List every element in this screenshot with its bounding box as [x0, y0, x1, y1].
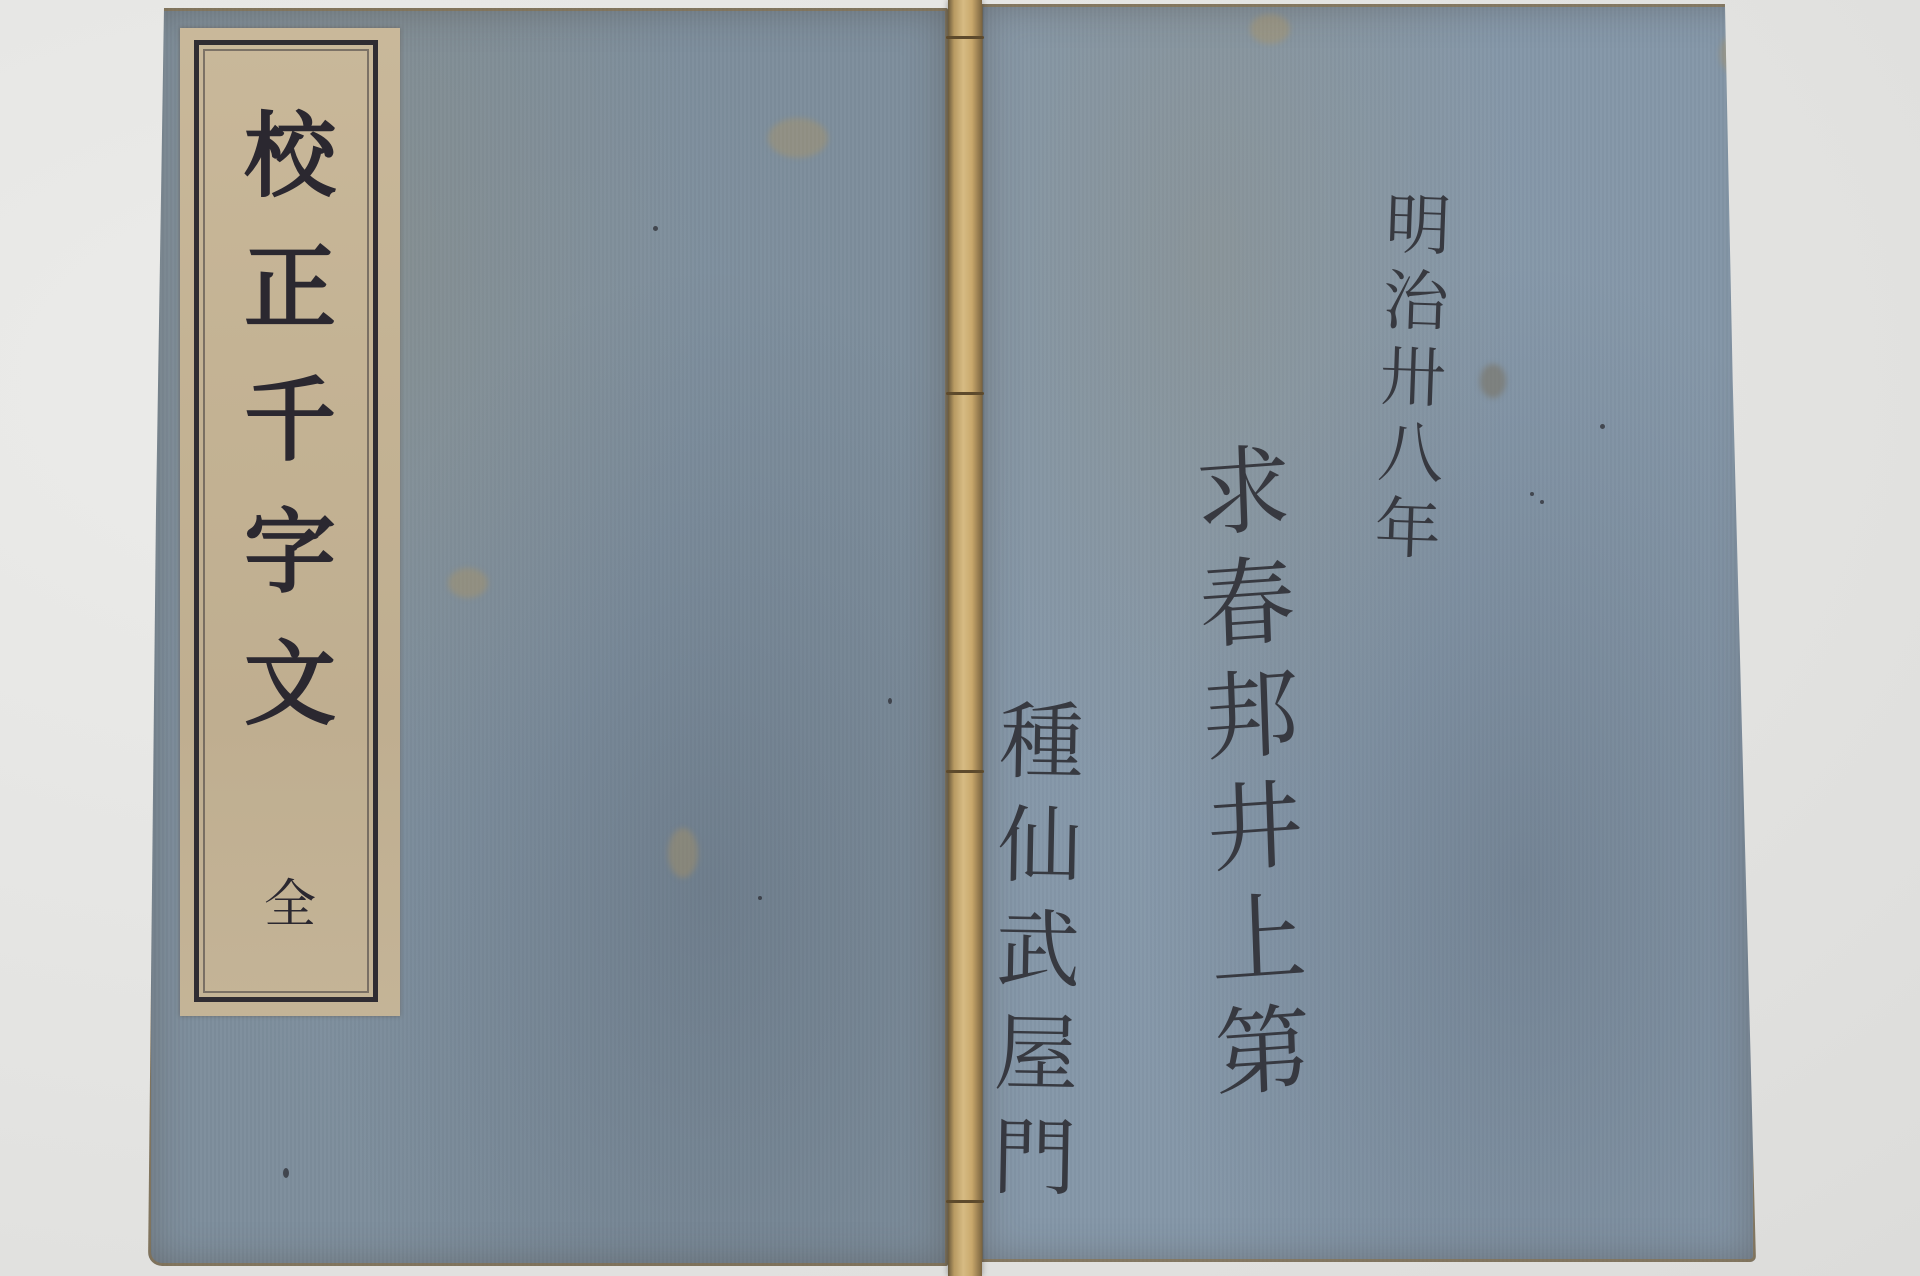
- speck: [758, 896, 762, 900]
- binding-stitch: [946, 1200, 984, 1203]
- title-char: 千: [244, 354, 336, 486]
- title-label: 校 正 千 字 文 全: [180, 28, 400, 1016]
- stain: [448, 568, 488, 598]
- handwritten-char: 屋: [993, 1001, 1079, 1106]
- title-char: 正: [244, 222, 336, 354]
- handwritten-char: 上: [1209, 881, 1309, 1000]
- stain: [1480, 364, 1506, 398]
- handwritten-char: 卅: [1379, 339, 1448, 417]
- binding-stitch: [946, 770, 984, 773]
- photo-scene: 校 正 千 字 文 全 明 治 卅 八 年 求 春 邦 井 上 第: [0, 0, 1920, 1276]
- stain: [668, 828, 698, 878]
- handwritten-char: 求: [1193, 433, 1293, 552]
- binding-stitch: [946, 392, 984, 395]
- title-char: 文: [244, 618, 336, 750]
- speck: [653, 226, 658, 231]
- book-title: 校 正 千 字 文: [180, 90, 400, 750]
- speck: [283, 1168, 289, 1178]
- handwritten-char: 治: [1381, 263, 1450, 341]
- handwritten-date: 明 治 卅 八 年: [1373, 187, 1452, 569]
- handwritten-char: 門: [991, 1105, 1077, 1210]
- speck: [1530, 492, 1534, 496]
- handwritten-char: 春: [1197, 545, 1297, 664]
- title-char: 字: [244, 486, 336, 618]
- speck: [1540, 500, 1544, 504]
- stain: [1250, 14, 1290, 44]
- speck: [888, 698, 892, 704]
- speck: [1600, 424, 1605, 429]
- binding-stitch: [946, 36, 984, 39]
- book-spine: [948, 0, 982, 1276]
- back-cover: [980, 4, 1756, 1262]
- stain: [768, 118, 828, 158]
- handwritten-char: 井: [1205, 769, 1305, 888]
- handwritten-char: 邦: [1201, 657, 1301, 776]
- handwritten-char: 仙: [997, 793, 1083, 898]
- title-char: 校: [244, 90, 336, 222]
- handwritten-char: 明: [1384, 187, 1453, 265]
- handwritten-char: 第: [1213, 993, 1313, 1112]
- volume-mark: 全: [180, 862, 400, 937]
- handwritten-char: 種: [999, 689, 1085, 794]
- handwritten-name: 種 仙 武 屋 門: [991, 689, 1084, 1210]
- handwritten-char: 武: [995, 897, 1081, 1002]
- stain: [1720, 34, 1750, 74]
- handwritten-char: 八: [1376, 415, 1445, 493]
- handwritten-char: 年: [1373, 491, 1442, 569]
